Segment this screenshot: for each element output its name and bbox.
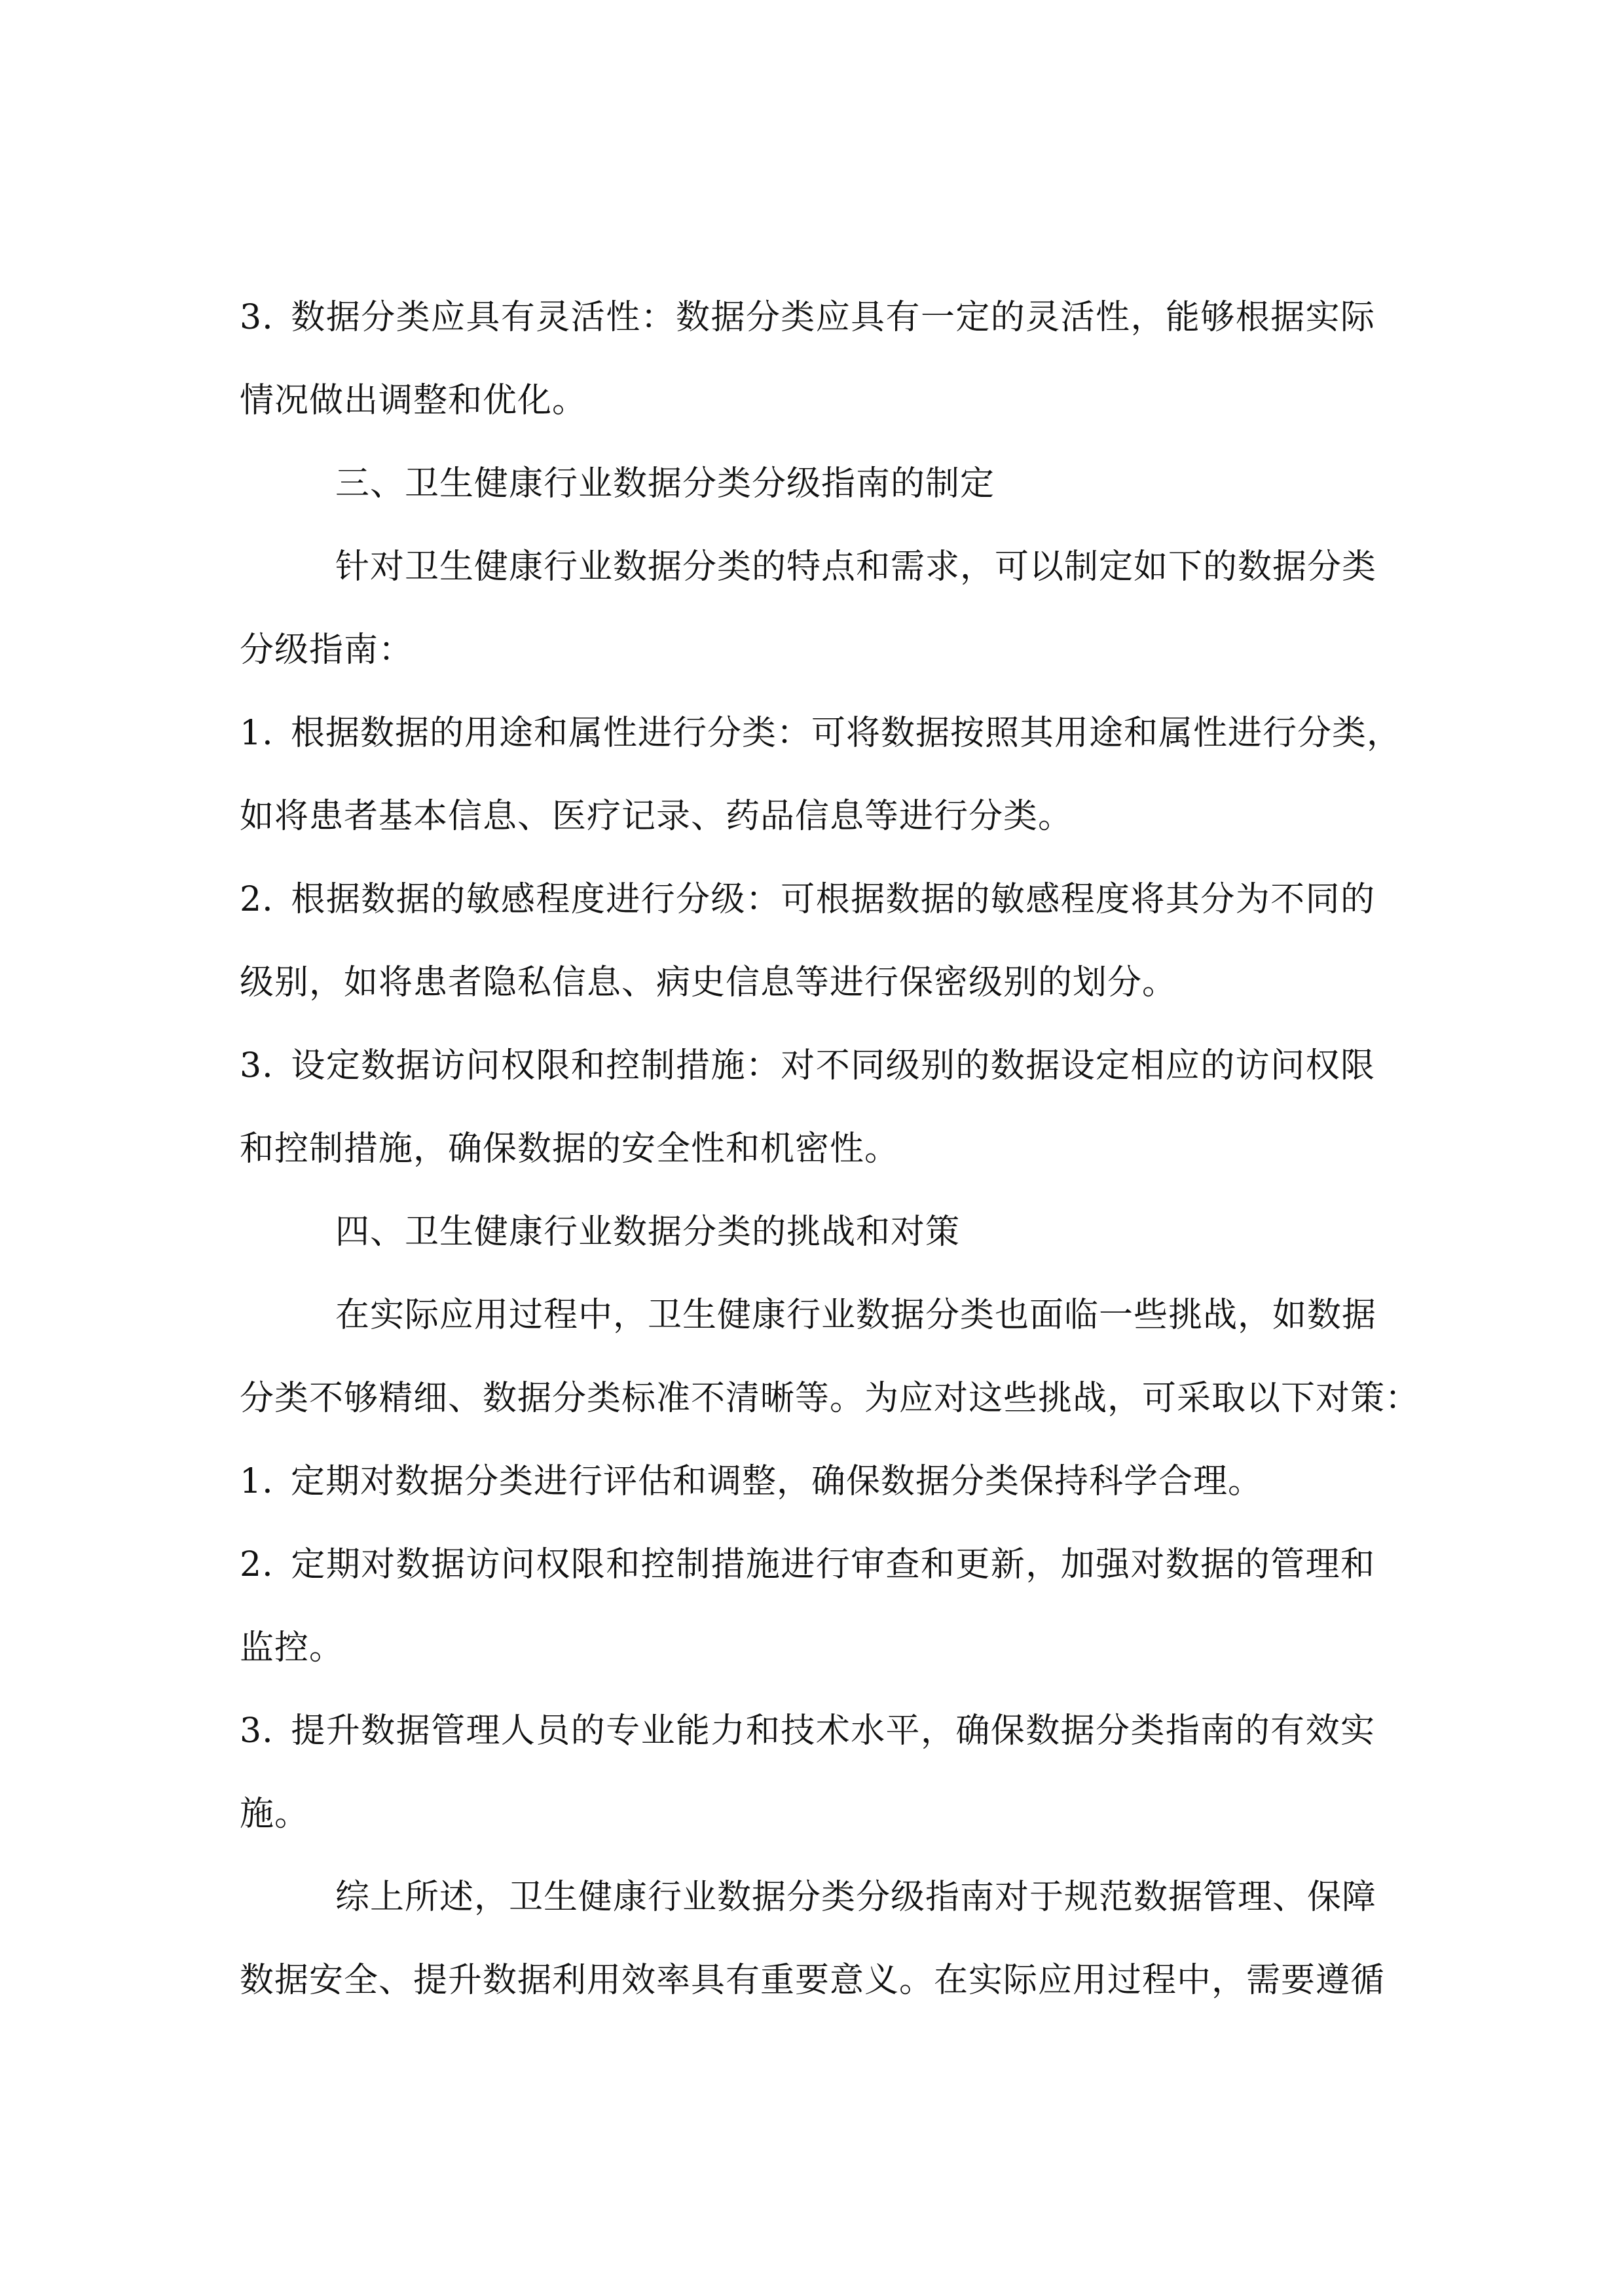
list-number: 2. (240, 858, 291, 941)
list-item-continuation: 如将患者基本信息、医疗记录、药品信息等进行分类。 (240, 775, 1375, 858)
list-number: 3. (240, 1690, 291, 1773)
list-item-line: 1.定期对数据分类进行评估和调整，确保数据分类保持科学合理。 (240, 1440, 1375, 1523)
list-item-continuation: 施。 (240, 1773, 1375, 1856)
list-item-line: 3.设定数据访问权限和控制措施：对不同级别的数据设定相应的访问权限 (240, 1025, 1375, 1108)
list-item-continuation: 情况做出调整和优化。 (240, 359, 1375, 443)
list-item-text: 设定数据访问权限和控制措施：对不同级别的数据设定相应的访问权限 (291, 1046, 1375, 1085)
list-item-text: 根据数据的敏感程度进行分级：可根据数据的敏感程度将其分为不同的 (291, 880, 1375, 919)
list-item-text: 提升数据管理人员的专业能力和技术水平，确保数据分类指南的有效实 (291, 1711, 1375, 1751)
paragraph-line: 分类不够精细、数据分类标准不清晰等。为应对这些挑战，可采取以下对策： (240, 1357, 1375, 1440)
list-item-continuation: 和控制措施，确保数据的安全性和机密性。 (240, 1108, 1375, 1191)
list-number: 3. (240, 276, 291, 359)
paragraph-line: 综上所述，卫生健康行业数据分类分级指南对于规范数据管理、保障 (240, 1856, 1375, 1939)
list-item-line: 2.根据数据的敏感程度进行分级：可根据数据的敏感程度将其分为不同的 (240, 858, 1375, 941)
list-number: 3. (240, 1025, 291, 1108)
list-item-line: 2.定期对数据访问权限和控制措施进行审查和更新，加强对数据的管理和 (240, 1523, 1375, 1607)
list-item-text: 根据数据的用途和属性进行分类：可将数据按照其用途和属性进行分类， (291, 714, 1401, 753)
section-heading: 四、卫生健康行业数据分类的挑战和对策 (240, 1191, 1375, 1274)
document-page: 3.数据分类应具有灵活性：数据分类应具有一定的灵活性，能够根据实际 情况做出调整… (0, 0, 1624, 2296)
section-heading: 三、卫生健康行业数据分类分级指南的制定 (240, 443, 1375, 526)
paragraph-line: 数据安全、提升数据利用效率具有重要意义。在实际应用过程中，需要遵循 (240, 1939, 1375, 2022)
document-body: 3.数据分类应具有灵活性：数据分类应具有一定的灵活性，能够根据实际 情况做出调整… (240, 276, 1375, 2022)
list-number: 2. (240, 1523, 291, 1607)
list-item-line: 3.提升数据管理人员的专业能力和技术水平，确保数据分类指南的有效实 (240, 1690, 1375, 1773)
list-item-line: 1.根据数据的用途和属性进行分类：可将数据按照其用途和属性进行分类， (240, 692, 1375, 775)
list-item-text: 定期对数据分类进行评估和调整，确保数据分类保持科学合理。 (291, 1462, 1263, 1501)
paragraph-line: 分级指南： (240, 609, 1375, 692)
paragraph-line: 在实际应用过程中，卫生健康行业数据分类也面临一些挑战，如数据 (240, 1274, 1375, 1357)
list-item-text: 定期对数据访问权限和控制措施进行审查和更新，加强对数据的管理和 (291, 1545, 1375, 1584)
list-number: 1. (240, 692, 291, 775)
list-item-continuation: 级别，如将患者隐私信息、病史信息等进行保密级别的划分。 (240, 941, 1375, 1025)
list-item-continuation: 监控。 (240, 1607, 1375, 1690)
list-item-line: 3.数据分类应具有灵活性：数据分类应具有一定的灵活性，能够根据实际 (240, 276, 1375, 359)
list-item-text: 数据分类应具有灵活性：数据分类应具有一定的灵活性，能够根据实际 (291, 298, 1375, 337)
paragraph-line: 针对卫生健康行业数据分类的特点和需求，可以制定如下的数据分类 (240, 526, 1375, 609)
list-number: 1. (240, 1440, 291, 1523)
